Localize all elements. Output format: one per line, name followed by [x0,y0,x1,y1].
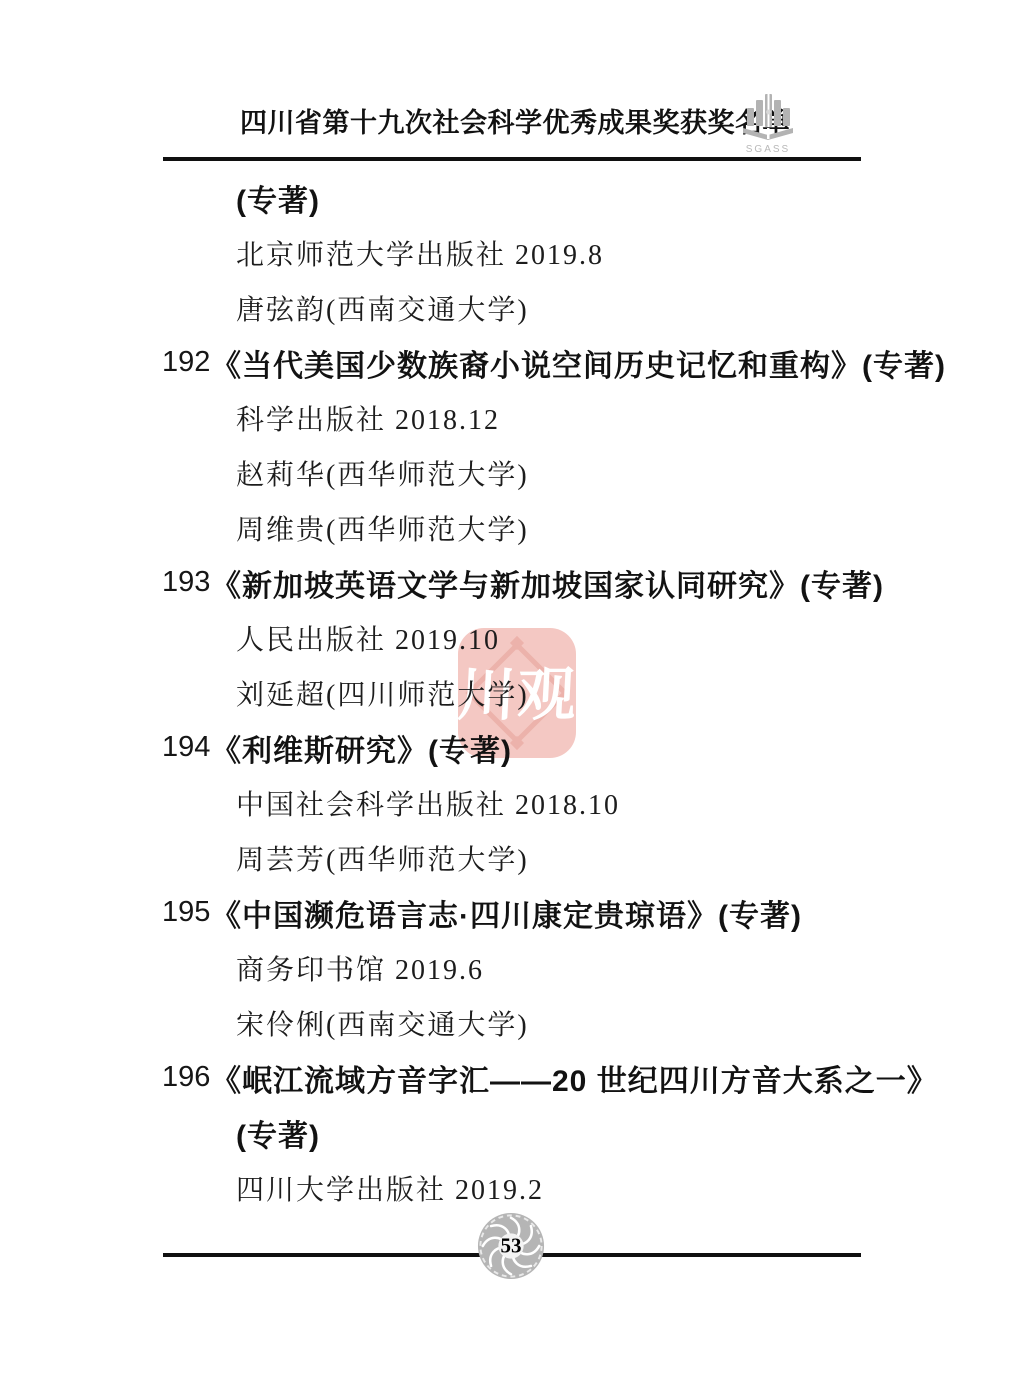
entry-author: 周维贵(西华师范大学) [0,500,1024,555]
entry-publisher: 科学出版社 2018.12 [0,390,1024,445]
page-title: 四川省第十九次社会科学优秀成果奖获奖名单 [240,101,790,140]
page-number: 53 [476,1234,546,1259]
award-list: (专著) 北京师范大学出版社 2019.8 唐弦韵(西南交通大学) 192 《当… [0,170,1024,1215]
entry-title-row: 196 《岷江流域方音字汇——20 世纪四川方音大系之一》 [0,1050,1024,1105]
entry-title-row: 192 《当代美国少数族裔小说空间历史记忆和重构》(专著) [0,335,1024,390]
building-book-icon [739,92,797,142]
entry-publisher: 商务印书馆 2019.6 [0,940,1024,995]
entry-title: 《岷江流域方音字汇——20 世纪四川方音大系之一》 [211,1056,938,1100]
sgass-logo: SGASS [736,92,800,155]
logo-caption: SGASS [736,144,800,155]
entry-number: 193 [162,566,210,599]
entry-number: 195 [162,896,210,929]
entry-publisher: 人民出版社 2019.10 [0,610,1024,665]
entry-publisher: 北京师范大学出版社 2019.8 [0,225,1024,280]
entry-title: 《当代美国少数族裔小说空间历史记忆和重构》(专著) [211,341,946,385]
header-divider [163,157,861,161]
entry-publisher: 四川大学出版社 2019.2 [0,1160,1024,1215]
entry-title-row: 194 《利维斯研究》(专著) [0,720,1024,775]
entry-number: 194 [162,731,210,764]
document-page: 四川省第十九次社会科学优秀成果奖获奖名单 SGASS 川观 [0,0,1024,1380]
entry-title: 《中国濒危语言志·四川康定贵琼语》(专著) [211,891,802,935]
entry-type-label: (专著) [0,1105,1024,1160]
entry-type-label: (专著) [0,170,1024,225]
entry-author: 刘延超(四川师范大学) [0,665,1024,720]
entry-title: 《利维斯研究》(专著) [211,726,512,770]
page-number-medallion: 53 [476,1211,546,1281]
entry-title-row: 195 《中国濒危语言志·四川康定贵琼语》(专著) [0,885,1024,940]
entry-number: 196 [162,1061,210,1094]
entry-author: 宋伶俐(西南交通大学) [0,995,1024,1050]
entry-title-row: 193 《新加坡英语文学与新加坡国家认同研究》(专著) [0,555,1024,610]
entry-title: 《新加坡英语文学与新加坡国家认同研究》(专著) [211,561,884,605]
entry-author: 赵莉华(西华师范大学) [0,445,1024,500]
entry-number: 192 [162,346,210,379]
entry-author: 唐弦韵(西南交通大学) [0,280,1024,335]
entry-publisher: 中国社会科学出版社 2018.10 [0,775,1024,830]
entry-author: 周芸芳(西华师范大学) [0,830,1024,885]
